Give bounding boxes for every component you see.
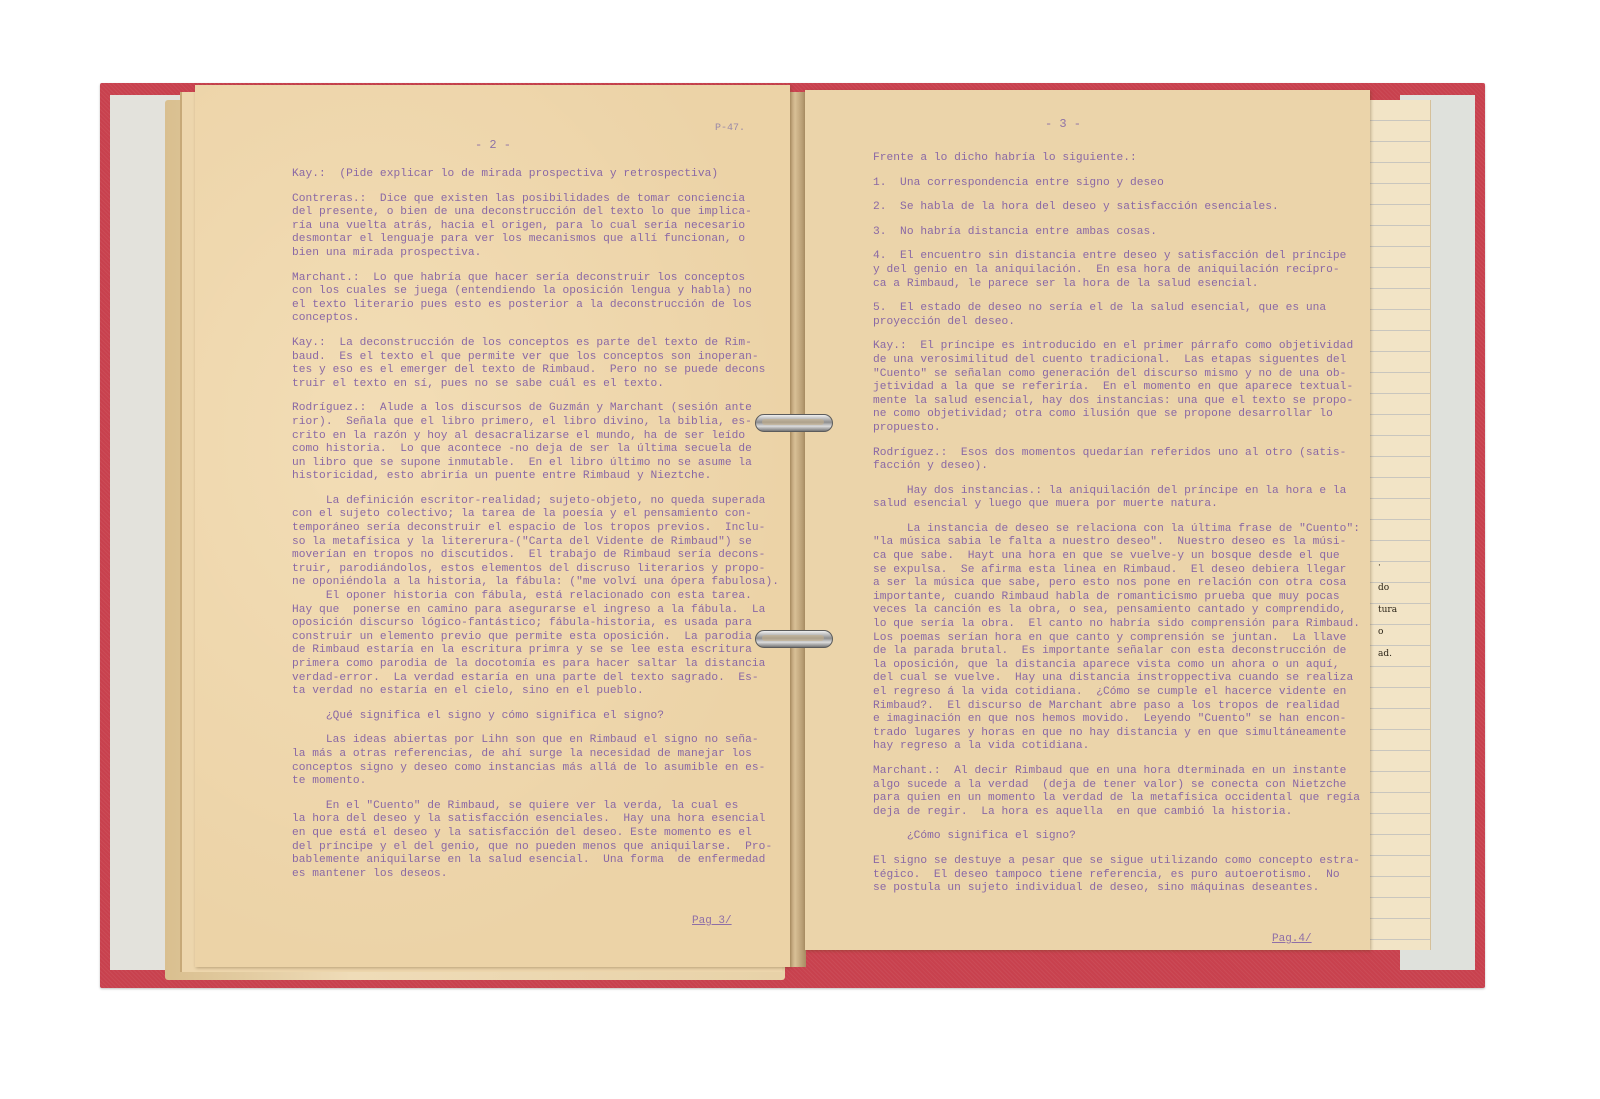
text-line: Hay que ponerse en camino para asegurars…: [292, 604, 779, 618]
text-line: [873, 166, 1360, 177]
text-line: ¿Cómo significa el signo?: [873, 830, 1360, 844]
margin-note: ad.: [1378, 643, 1418, 665]
text-line: El signo se destuye a pesar que se sigue…: [873, 855, 1360, 869]
binder-ring-top: [755, 414, 833, 432]
text-line: del cual se vuelve. Hay una distancia in…: [873, 672, 1360, 686]
text-line: Rodríguez.: Alude a los discursos de Guz…: [292, 402, 779, 416]
text-line: oposición discurso lógico-fantástico; fá…: [292, 617, 779, 631]
text-line: algo sucede a la verdad (deja de tener v…: [873, 779, 1360, 793]
text-line: truir el texto en sí, pues no se sabe cu…: [292, 378, 779, 392]
text-line: mente la salud esencial, hay dos instanc…: [873, 395, 1360, 409]
page-body-text: Frente a lo dicho habría lo siguiente.: …: [873, 152, 1360, 896]
text-line: [873, 754, 1360, 765]
margin-note: tura: [1378, 599, 1418, 621]
text-line: lo que sería la obra. El canto no habría…: [873, 618, 1360, 632]
text-line: [292, 261, 779, 272]
text-line: [292, 391, 779, 402]
text-line: [873, 844, 1360, 855]
text-line: del príncipe y el del genio, que no pued…: [292, 841, 779, 855]
text-line: del presente, o bien de una deconstrucci…: [292, 206, 779, 220]
text-line: 1. Una correspondencia entre signo y des…: [873, 177, 1360, 191]
text-line: truir, parodiándolos, estos elementos de…: [292, 563, 779, 577]
text-line: 5. El estado de deseo no sería el de la …: [873, 302, 1360, 316]
text-line: Hay dos instancias.: la aniquilación del…: [873, 485, 1360, 499]
text-line: salud esencial y luego que muera por mue…: [873, 498, 1360, 512]
text-line: Los poemas serían hora en que canto y co…: [873, 632, 1360, 646]
text-line: El oponer historia con fábula, está rela…: [292, 590, 779, 604]
text-line: de la parada brutal. Es importante señal…: [873, 645, 1360, 659]
text-line: [292, 699, 779, 710]
text-line: ¿Qué significa el signo y cómo significa…: [292, 710, 779, 724]
text-line: historicidad, esto abriría un puente ent…: [292, 470, 779, 484]
text-line: 4. El encuentro sin distancia entre dese…: [873, 250, 1360, 264]
text-line: 3. No habría distancia entre ambas cosas…: [873, 226, 1360, 240]
text-line: bien una mirada prospectiva.: [292, 247, 779, 261]
text-line: el texto literario pues esto es posterio…: [292, 299, 779, 313]
margin-note: ·: [1378, 555, 1418, 577]
text-line: conceptos.: [292, 312, 779, 326]
page-footer-next: Pag 3/: [692, 915, 732, 927]
text-line: importante, cuando Rimbaud habla de roma…: [873, 591, 1360, 605]
text-line: se postula un sujeto individual de deseo…: [873, 882, 1360, 896]
typewritten-page-2: - 2 - P-47. Kay.: (Pide explicar lo de m…: [195, 85, 790, 967]
text-line: tégico. El deseo tampoco tiene referenci…: [873, 869, 1360, 883]
text-line: Rimbaud?. El discurso de Marchant abre p…: [873, 700, 1360, 714]
text-line: ne como objetividad; otra como ilusión q…: [873, 408, 1360, 422]
text-line: primera como parodia de la docotomía es …: [292, 658, 779, 672]
text-line: Frente a lo dicho habría lo siguiente.:: [873, 152, 1360, 166]
typewritten-page-3: - 3 - Frente a lo dicho habría lo siguie…: [805, 90, 1370, 950]
text-line: Contreras.: Dice que existen las posibil…: [292, 193, 779, 207]
page-body-text: Kay.: (Pide explicar lo de mirada prospe…: [292, 168, 779, 881]
text-line: [873, 474, 1360, 485]
page-number: - 2 -: [475, 138, 511, 152]
text-line: Rodríguez.: Esos dos momentos quedarían …: [873, 447, 1360, 461]
text-line: Kay.: La deconstrucción de los conceptos…: [292, 337, 779, 351]
text-line: [292, 789, 779, 800]
text-line: [292, 182, 779, 193]
text-line: verdad-error. La verdad estaría en una p…: [292, 672, 779, 686]
text-line: La definición escritor-realidad; sujeto-…: [292, 495, 779, 509]
text-line: se expulsa. Se afirma esta linea en Rimb…: [873, 564, 1360, 578]
text-line: [873, 239, 1360, 250]
text-line: a ser la música que sabe, pero esto nos …: [873, 577, 1360, 591]
text-line: [292, 723, 779, 734]
text-line: ta verdad no estaría en el cielo, sino e…: [292, 685, 779, 699]
text-line: ca que sabe. Hayt una hora en que se vue…: [873, 550, 1360, 564]
text-line: trado lugares y horas en que no hay dist…: [873, 727, 1360, 741]
text-line: jetividad a la que se referiría. En el m…: [873, 381, 1360, 395]
text-line: como historia. Lo que acontece -no deja …: [292, 443, 779, 457]
text-line: crito en la razón y hoy al desacralizars…: [292, 430, 779, 444]
text-line: facción y deseo).: [873, 460, 1360, 474]
text-line: [873, 190, 1360, 201]
text-line: la más a otras referencias, de ahí surge…: [292, 748, 779, 762]
text-line: e imaginación en que nos hemos movido. L…: [873, 713, 1360, 727]
text-line: En el "Cuento" de Rimbaud, se quiere ver…: [292, 800, 779, 814]
text-line: moverían en tropos no discutidos. El tra…: [292, 549, 779, 563]
text-line: [292, 326, 779, 337]
text-line: deja de regir. La hora es aquella en que…: [873, 806, 1360, 820]
text-line: "la música sabia le falta a nuestro dese…: [873, 536, 1360, 550]
text-line: con el sujeto colectivo; la tarea de la …: [292, 508, 779, 522]
text-line: la oposición, que la distancia aparece v…: [873, 659, 1360, 673]
text-line: de Rimbaud estaría en la escritura primr…: [292, 644, 779, 658]
margin-note: do: [1378, 577, 1418, 599]
text-line: tes y eso es el emerger del texto de Rim…: [292, 364, 779, 378]
text-line: Kay.: El príncipe es introducido en el p…: [873, 340, 1360, 354]
text-line: 2. Se habla de la hora del deseo y satis…: [873, 201, 1360, 215]
text-line: y del genio en la aniquilación. En esa h…: [873, 264, 1360, 278]
text-line: ne oponiéndola a la historia, la fábula:…: [292, 576, 779, 590]
text-line: rior). Señala que el libro primero, el l…: [292, 416, 779, 430]
text-line: veces la canción es la obra, o sea, pens…: [873, 604, 1360, 618]
text-line: Kay.: (Pide explicar lo de mirada prospe…: [292, 168, 779, 182]
text-line: un libro que se supone inmutable. En el …: [292, 457, 779, 471]
text-line: de una verosimilitud del cuento tradicio…: [873, 354, 1360, 368]
text-line: so la metafísica y la litererura-("Carta…: [292, 536, 779, 550]
text-line: propuesto.: [873, 422, 1360, 436]
text-line: conceptos signo y deseo como instancias …: [292, 762, 779, 776]
text-line: Marchant.: Al decir Rimbaud que en una h…: [873, 765, 1360, 779]
text-line: para quien en un momento la verdad de la…: [873, 792, 1360, 806]
margin-note: o: [1378, 621, 1418, 643]
text-line: [292, 484, 779, 495]
binder-spine: [788, 92, 806, 967]
text-line: [873, 819, 1360, 830]
text-line: Marchant.: Lo que habría que hacer sería…: [292, 272, 779, 286]
text-line: con los cuales se juega (entendiendo la …: [292, 285, 779, 299]
text-line: baud. Es el texto el que permite ver que…: [292, 351, 779, 365]
text-line: es mantener los deseos.: [292, 868, 779, 882]
text-line: "Cuento" se señalan como generación del …: [873, 368, 1360, 382]
text-line: ría una vuelta atrás, hacia el origen, p…: [292, 220, 779, 234]
text-line: el regreso á la vida cotidiana. ¿Cómo se…: [873, 686, 1360, 700]
text-line: la hora del deseo y la satisfacción esen…: [292, 813, 779, 827]
text-line: desmontar el lenguaje para ver los mecan…: [292, 233, 779, 247]
text-line: te momento.: [292, 775, 779, 789]
text-line: ca a Rimbaud, le parece ser la hora de l…: [873, 278, 1360, 292]
binder-ring-bottom: [755, 630, 833, 648]
text-line: Las ideas abiertas por Lihn son que en R…: [292, 734, 779, 748]
text-line: [873, 436, 1360, 447]
text-line: bablemente aniquilarse en la salud esenc…: [292, 854, 779, 868]
text-line: proyección del deseo.: [873, 316, 1360, 330]
text-line: [873, 512, 1360, 523]
handwritten-margin-notes: · do tura o ad.: [1378, 555, 1418, 665]
text-line: construir un elemento previo que permite…: [292, 631, 779, 645]
text-line: hay regreso a la vida cotidiana.: [873, 740, 1360, 754]
page-number: - 3 -: [1045, 117, 1081, 131]
text-line: [873, 291, 1360, 302]
text-line: en que está el deseo y la satisfacción d…: [292, 827, 779, 841]
text-line: temporáneo sería deconstruir el espacio …: [292, 522, 779, 536]
archive-reference-mark: P-47.: [715, 123, 745, 134]
page-footer-next: Pag.4/: [1272, 933, 1312, 945]
text-line: [873, 329, 1360, 340]
text-line: [873, 215, 1360, 226]
text-line: La instancia de deseo se relaciona con l…: [873, 523, 1360, 537]
